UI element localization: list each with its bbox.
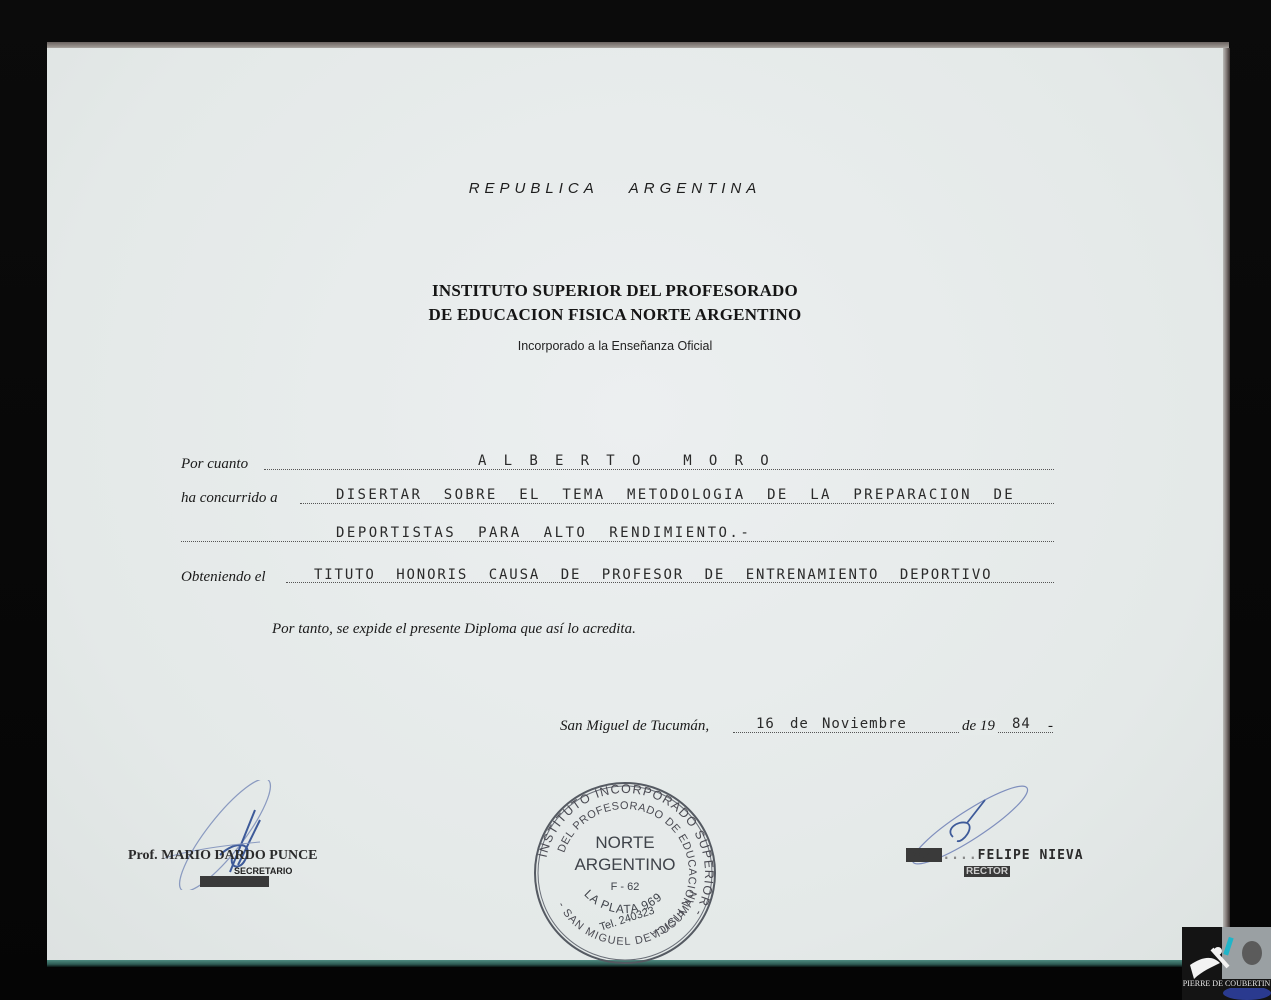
activity-line-1: DISERTAR SOBRE EL TEMA METODOLOGIA DE LA… <box>336 487 1015 503</box>
por-cuanto-label: Por cuanto <box>181 456 248 473</box>
concurrido-label: ha concurrido a <box>181 490 278 507</box>
date-day: 16 <box>756 716 775 732</box>
title-awarded: TITUTO HONORIS CAUSA DE PROFESOR DE ENTR… <box>314 567 992 583</box>
runner-icon <box>1182 927 1271 1000</box>
dotted-line-date <box>733 732 1053 733</box>
activity-line-2: DEPORTISTAS PARA ALTO RENDIMIENTO.- <box>336 525 751 541</box>
dotted-line-activity-1 <box>300 503 1054 504</box>
date-year-suffix: 84 <box>1012 716 1031 732</box>
signature-left-name: Prof. MARIO DARDO PUNCE <box>128 848 318 864</box>
watermark-label: PIERRE DE COUBERTIN <box>1182 979 1271 988</box>
institution-name-line-1: INSTITUTO SUPERIOR DEL PROFESORADO <box>0 281 1230 301</box>
recipient-name: A L B E R T O M O R O <box>478 453 773 469</box>
signature-left-prefix: Prof. <box>128 848 158 863</box>
obteniendo-label: Obteniendo el <box>181 569 266 586</box>
signature-left-role: SECRETARIO <box>234 866 292 876</box>
signature-left-role-stamp: SECRETARIO <box>200 876 269 887</box>
country-heading: REPUBLICAARGENTINA <box>0 180 1230 197</box>
date-year-prefix: de 19 <box>960 718 997 735</box>
country-word-2: ARGENTINA <box>629 180 762 197</box>
signature-right-fullname: FELIPE NIEVA <box>978 848 1084 863</box>
date-trailer: - <box>1048 718 1053 735</box>
dotted-line-recipient <box>264 469 1054 470</box>
signature-right-role: RECTOR <box>964 866 1010 877</box>
seal-center-line-2: ARGENTINO <box>574 855 675 874</box>
date-de: de <box>790 716 809 732</box>
seal-code: F - 62 <box>611 881 640 893</box>
watermark-logo: PIERRE DE COUBERTIN <box>1182 927 1271 1000</box>
signature-right-prefix: Prof. <box>906 848 942 862</box>
dotted-line-activity-2 <box>181 541 1054 542</box>
country-word-1: REPUBLICA <box>469 180 599 197</box>
seal-center-line-1: NORTE <box>595 833 654 852</box>
signature-left-fullname: MARIO DARDO PUNCE <box>161 848 317 863</box>
signature-right-name: Prof.....FELIPE NIEVA <box>906 848 1084 863</box>
institution-subtitle: Incorporado a la Enseñanza Oficial <box>0 339 1230 353</box>
closing-statement: Por tanto, se expide el presente Diploma… <box>272 621 636 638</box>
date-place: San Miguel de Tucumán, <box>560 718 709 735</box>
date-month: Noviembre <box>822 716 907 732</box>
institution-seal-icon: INSTITUTO INCORPORADO SUPERIOR - DEL PRO… <box>532 780 718 966</box>
institution-name-line-2: DE EDUCACION FISICA NORTE ARGENTINO <box>0 305 1230 325</box>
